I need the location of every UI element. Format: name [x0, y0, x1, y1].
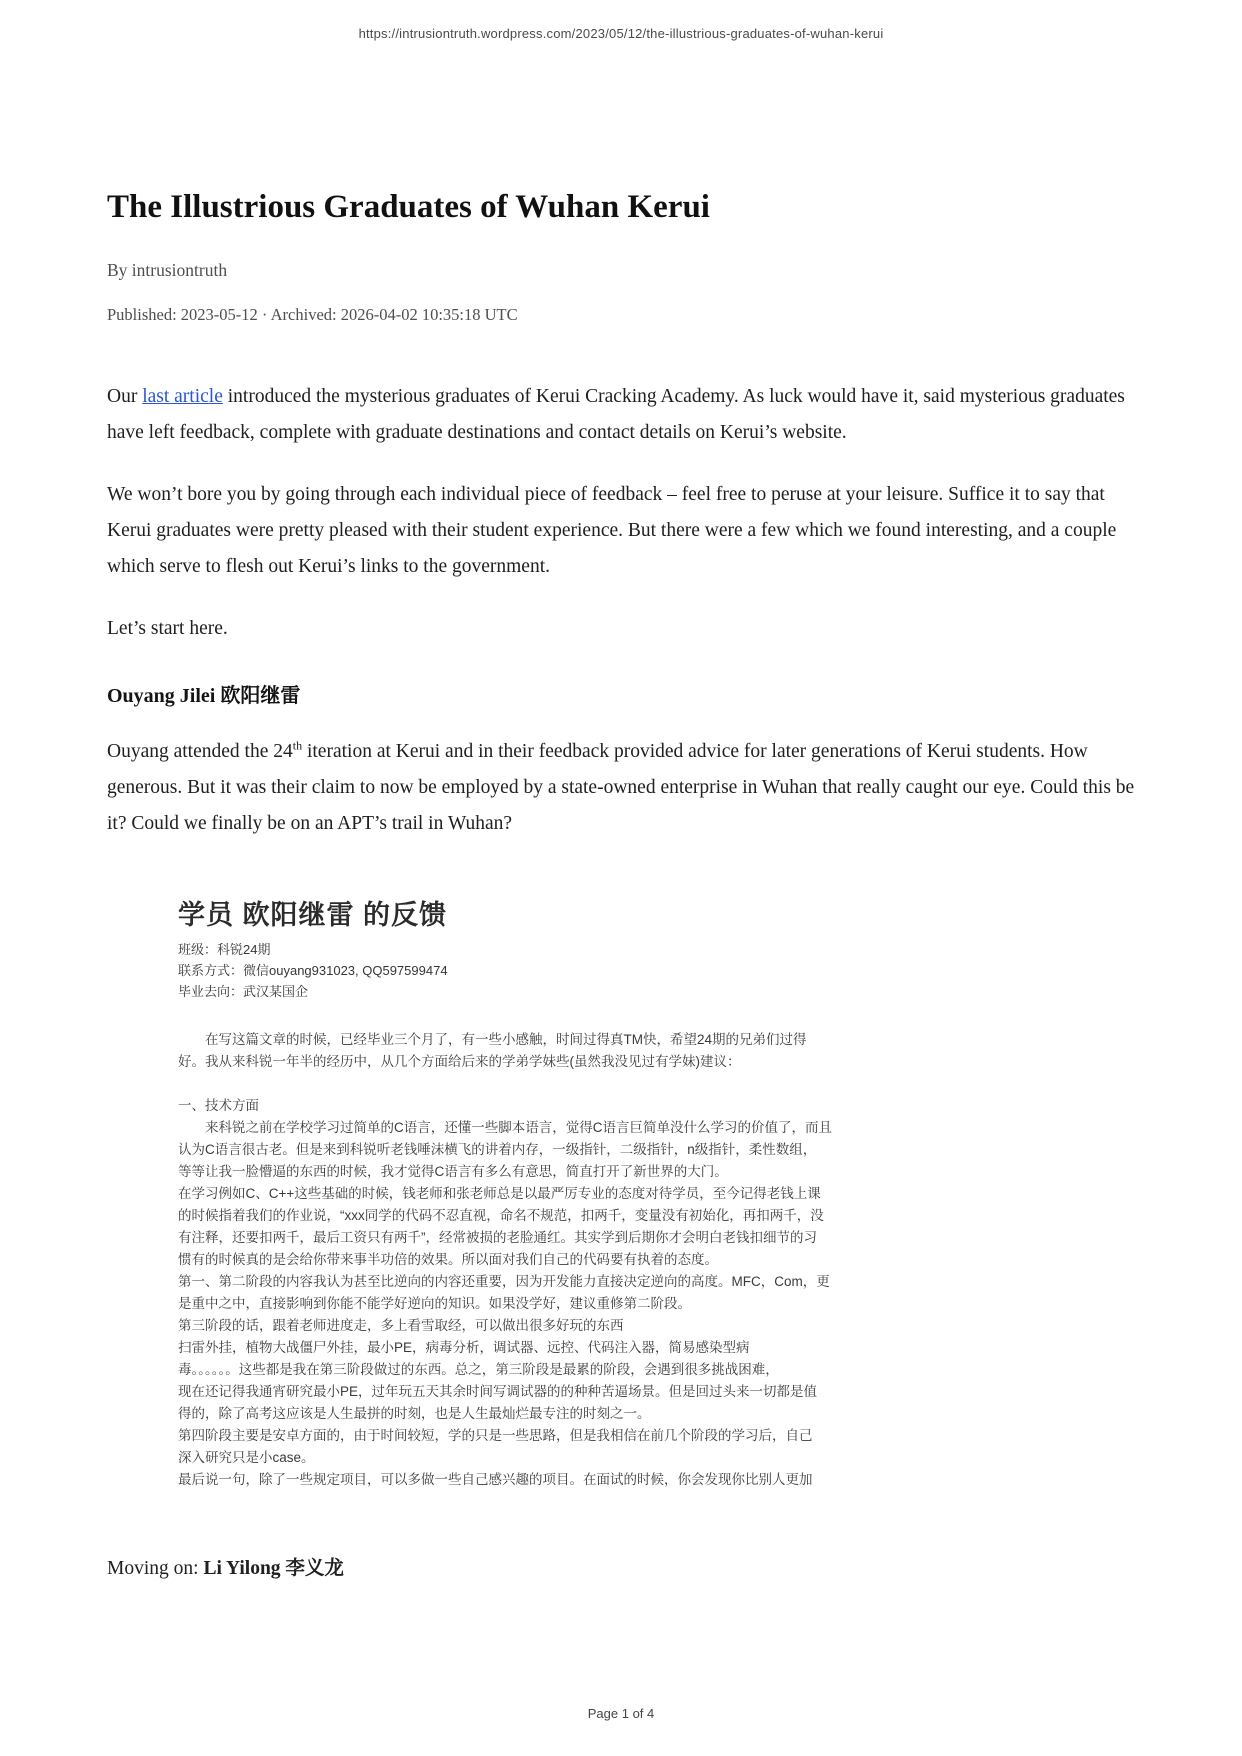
feedback-meta-class: 班级：科锐24期 [178, 939, 938, 960]
feedback-body: 在写这篇文章的时候，已经毕业三个月了，有一些小感触，时间过得真TM快，希望24期… [178, 1029, 938, 1491]
paragraph-1: Our last article introduced the mysterio… [107, 379, 1139, 451]
feedback-text-line: 的时候指着我们的作业说，“xxx同学的代码不忍直视，命名不规范，扣两千，变量没有… [178, 1205, 938, 1227]
feedback-text-line: 一、技术方面 [178, 1095, 938, 1117]
feedback-text-line: 是重中之中，直接影响到你能不能学好逆向的知识。如果没学好，建议重修第二阶段。 [178, 1293, 938, 1315]
feedback-text-line: 得的，除了高考这应该是人生最拼的时刻，也是人生最灿烂最专注的时刻之一。 [178, 1403, 938, 1425]
ordinal-superscript: th [293, 738, 302, 752]
page-url-header: https://intrusiontruth.wordpress.com/202… [0, 26, 1242, 41]
feedback-text-line [178, 1073, 938, 1095]
feedback-text-line: 在写这篇文章的时候，已经毕业三个月了，有一些小感触，时间过得真TM快，希望24期… [178, 1029, 938, 1051]
paragraph-1-text-pre: Our [107, 386, 142, 407]
feedback-screenshot-image: 学员 欧阳继雷 的反馈 班级：科锐24期 联系方式：微信ouyang931023… [178, 898, 938, 1491]
feedback-text-line: 最后说一句，除了一些规定项目，可以多做一些自己感兴趣的项目。在面试的时候，你会发… [178, 1469, 938, 1491]
feedback-text-line: 现在还记得我通宵研究最小PE，过年玩五天其余时间写调试器的的种种苦逼场景。但是回… [178, 1381, 938, 1403]
printed-page: https://intrusiontruth.wordpress.com/202… [0, 0, 1242, 1756]
feedback-text-line: 第一、第二阶段的内容我认为甚至比逆向的内容还重要，因为开发能力直接决定逆向的高度… [178, 1271, 938, 1293]
paragraph-4-text-pre: Ouyang attended the 24 [107, 741, 293, 762]
feedback-text-line: 来科锐之前在学校学习过简单的C语言，还懂一些脚本语言，觉得C语言巨简单没什么学习… [178, 1117, 938, 1139]
feedback-meta-destination: 毕业去向：武汉某国企 [178, 981, 938, 1002]
feedback-text-line: 深入研究只是小case。 [178, 1447, 938, 1469]
published-archived-meta: Published: 2023-05-12 · Archived: 2026-0… [107, 305, 1139, 325]
paragraph-4: Ouyang attended the 24th iteration at Ke… [107, 734, 1139, 842]
section-heading-ouyang: Ouyang Jilei 欧阳继雷 [107, 679, 1139, 708]
paragraph-2: We won’t bore you by going through each … [107, 477, 1139, 585]
feedback-text-line: 惯有的时候真的是会给你带来事半功倍的效果。所以面对我们自己的代码要有执着的态度。 [178, 1249, 938, 1271]
feedback-text-line: 认为C语言很古老。但是来到科锐听老钱唾沫横飞的讲着内存，一级指针，二级指针，n级… [178, 1139, 938, 1161]
feedback-text-line: 扫雷外挂，植物大战僵尸外挂，最小PE，病毒分析，调试器、远控、代码注入器，简易感… [178, 1337, 938, 1359]
feedback-text-line: 第三阶段的话，跟着老师进度走，多上看雪取经，可以做出很多好玩的东西 [178, 1315, 938, 1337]
feedback-title: 学员 欧阳继雷 的反馈 [178, 898, 938, 933]
last-article-link[interactable]: last article [142, 386, 223, 407]
paragraph-3: Let’s start here. [107, 611, 1139, 647]
feedback-text-line: 第四阶段主要是安卓方面的，由于时间较短，学的只是一些思路，但是我相信在前几个阶段… [178, 1425, 938, 1447]
li-yilong-name: Li Yilong 李义龙 [203, 1558, 344, 1579]
paragraph-1-text-post: introduced the mysterious graduates of K… [107, 386, 1125, 443]
feedback-text-line: 有注释，还要扣两千，最后工资只有两千”，经常被损的老脸通红。其实学到后期你才会明… [178, 1227, 938, 1249]
feedback-text-line: 毒。。。。。。这些都是我在第三阶段做过的东西。总之，第三阶段是最累的阶段，会遇到… [178, 1359, 938, 1381]
byline: By intrusiontruth [107, 260, 1139, 281]
paragraph-moving-on: Moving on: Li Yilong 李义龙 [107, 1552, 344, 1580]
feedback-text-line: 好。我从来科锐一年半的经历中，从几个方面给后来的学弟学妹些(虽然我没见过有学妹)… [178, 1051, 938, 1073]
feedback-text-line: 在学习例如C、C++这些基础的时候，钱老师和张老师总是以最严厉专业的态度对待学员… [178, 1183, 938, 1205]
feedback-meta-contact: 联系方式：微信ouyang931023, QQ597599474 [178, 960, 938, 981]
page-title: The Illustrious Graduates of Wuhan Kerui [107, 188, 1139, 228]
article: The Illustrious Graduates of Wuhan Kerui… [107, 188, 1139, 842]
page-number-footer: Page 1 of 4 [0, 1706, 1242, 1721]
moving-on-text: Moving on: [107, 1558, 203, 1579]
feedback-text-line: 等等让我一脸懵逼的东西的时候，我才觉得C语言有多么有意思，简直打开了新世界的大门… [178, 1161, 938, 1183]
